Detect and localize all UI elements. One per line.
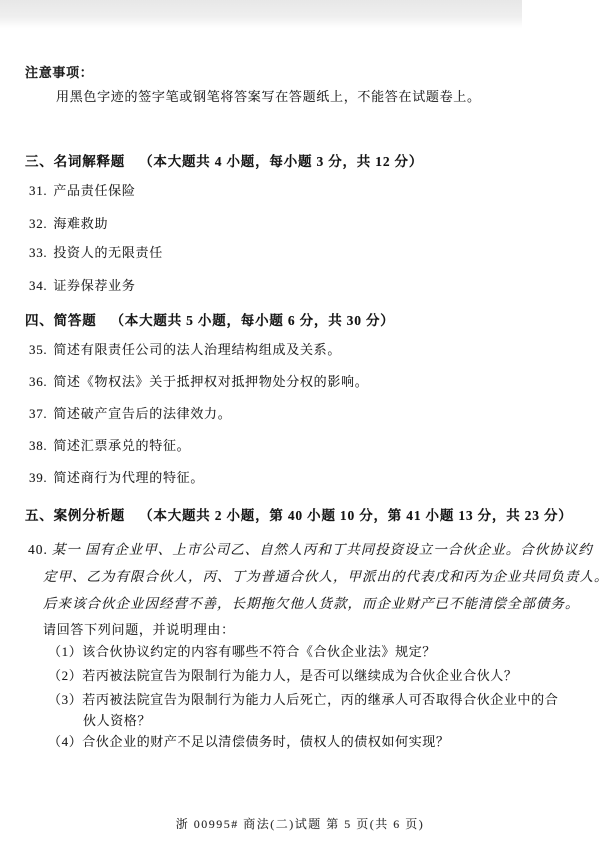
question-item-31: 31.产品责任保险 (29, 183, 136, 200)
case-40-line-1: 40.某一 国有企业甲、上市公司乙、自然人丙和丁共同投资设立一合伙企业。合伙协议… (28, 541, 593, 559)
exam-paper-page: 非选择题部分 注意事项： 用黑色字迹的签字笔或钢笔将答案写在答题纸上，不能答在试… (0, 0, 600, 866)
question-text: 简述《物权法》关于抵押权对抵押物处分权的影响。 (53, 374, 368, 389)
question-item-34: 34.证券保荐业务 (29, 278, 136, 295)
case-body-line: 某一 国有企业甲、上市公司乙、自然人丙和丁共同投资设立一合伙企业。合伙协议约 (52, 542, 593, 557)
section-5-heading-meta: （本大题共 2 小题，第 40 小题 10 分，第 41 小题 13 分，共 2… (139, 508, 572, 523)
case-40-subquestion-3-wrap: 伙人资格？ (83, 713, 151, 730)
question-text: 投资人的无限责任 (53, 245, 163, 260)
case-40-line-2: 定甲、乙为有限合伙人，丙、丁为普通合伙人，甲派出的代表戊和丙为企业共同负责人。 (43, 568, 600, 586)
question-text: 简述汇票承兑的特征。 (53, 438, 190, 453)
question-text: 产品责任保险 (53, 183, 135, 198)
case-40-subquestion-2: （2）若丙被法院宣告为限制行为能力人，是否可以继续成为合伙企业合伙人？ (48, 668, 518, 685)
section-4-heading-label: 四、简答题 (25, 313, 97, 328)
question-number: 32. (29, 216, 47, 231)
question-text: 证券保荐业务 (53, 278, 135, 293)
notice-body: 用黑色字迹的签字笔或钢笔将答案写在答题纸上，不能答在试题卷上。 (56, 89, 481, 106)
case-question-number: 40. (28, 542, 48, 557)
question-text: 海难救助 (53, 216, 108, 231)
section-3-heading: 三、名词解释题（本大题共 4 小题，每小题 3 分，共 12 分） (25, 153, 423, 171)
question-text: 简述商行为代理的特征。 (53, 470, 204, 485)
page-footer: 浙 00995# 商法(二)试题 第 5 页(共 6 页) (0, 817, 600, 833)
case-40-subquestion-4: （4）合伙企业的财产不足以清偿债务时，债权人的债权如何实现？ (48, 734, 450, 751)
question-number: 35. (29, 342, 47, 357)
section-4-heading: 四、简答题（本大题共 5 小题，每小题 6 分，共 30 分） (25, 312, 395, 330)
section-5-heading-label: 五、案例分析题 (25, 508, 125, 523)
question-number: 34. (29, 278, 47, 293)
section-3-heading-meta: （本大题共 4 小题，每小题 3 分，共 12 分） (139, 154, 423, 169)
question-item-39: 39.简述商行为代理的特征。 (29, 470, 204, 487)
case-40-subquestion-1: （1）该合伙协议约定的内容有哪些不符合《合伙企业法》规定？ (48, 644, 436, 661)
question-item-36: 36.简述《物权法》关于抵押权对抵押物处分权的影响。 (29, 374, 368, 391)
question-item-37: 37.简述破产宣告后的法律效力。 (29, 406, 231, 423)
page-title: 非选择题部分 (0, 0, 600, 26)
section-4-heading-meta: （本大题共 5 小题，每小题 6 分，共 30 分） (111, 313, 395, 328)
case-40-prompt: 请回答下列问题，并说明理由： (43, 622, 235, 639)
question-item-35: 35.简述有限责任公司的法人治理结构组成及关系。 (29, 342, 341, 359)
question-number: 36. (29, 374, 47, 389)
question-number: 33. (29, 245, 47, 260)
question-number: 37. (29, 406, 47, 421)
question-item-33: 33.投资人的无限责任 (29, 245, 163, 262)
question-number: 39. (29, 470, 47, 485)
question-item-32: 32.海难救助 (29, 216, 108, 233)
section-3-heading-label: 三、名词解释题 (25, 154, 125, 169)
question-text: 简述有限责任公司的法人治理结构组成及关系。 (53, 342, 341, 357)
question-item-38: 38.简述汇票承兑的特征。 (29, 438, 190, 455)
notice-heading: 注意事项： (25, 65, 94, 82)
question-text: 简述破产宣告后的法律效力。 (53, 406, 231, 421)
section-5-heading: 五、案例分析题（本大题共 2 小题，第 40 小题 10 分，第 41 小题 1… (25, 507, 573, 525)
question-number: 38. (29, 438, 47, 453)
case-40-subquestion-3: （3）若丙被法院宣告为限制行为能力人后死亡，丙的继承人可否取得合伙企业中的合 (48, 692, 558, 709)
case-40-line-3: 后来该合伙企业因经营不善，长期拖欠他人货款，而企业财产已不能清偿全部债务。 (43, 595, 580, 613)
question-number: 31. (29, 183, 47, 198)
